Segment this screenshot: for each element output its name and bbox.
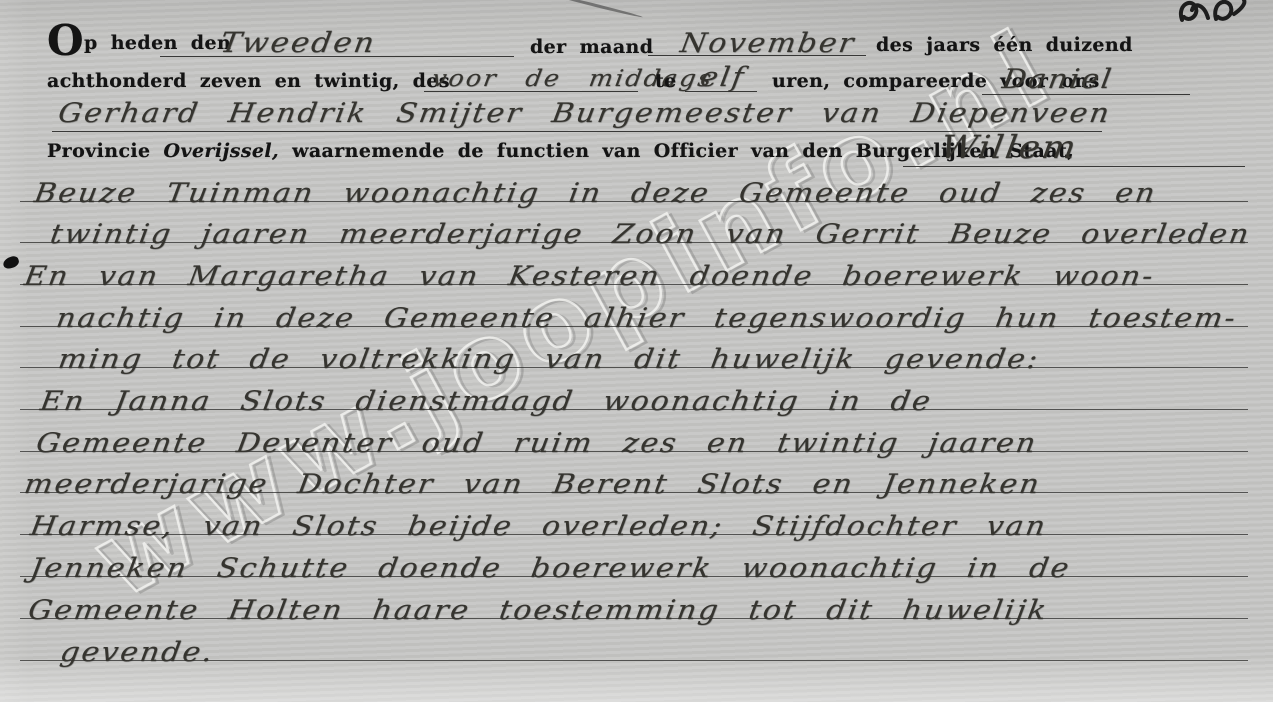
printed-provincie-word: Provincie xyxy=(47,140,151,162)
printed-text-achthonderd: achthonderd zeven en twintig, des xyxy=(47,70,450,92)
record-line: Gemeente Holten haare toestemming tot di… xyxy=(20,577,1248,619)
record-line: meerderjarige Dochter van Berent Slots e… xyxy=(20,451,1248,493)
printed-text-der-maand: der maand xyxy=(530,36,653,58)
record-line: En Janna Slots dienstmaagd woonachtig in… xyxy=(20,368,1248,410)
document-scan: www.joopinfo.nl www.joopinfo.nl Op heden… xyxy=(0,0,1273,702)
handwritten-month: November xyxy=(678,28,837,59)
printed-text-des-jaars: des jaars één duizend xyxy=(876,34,1133,56)
pencil-stroke xyxy=(549,0,643,19)
record-line: ming tot de voltrekking van dit huwelijk… xyxy=(20,326,1248,368)
handwritten-day: Tweeden xyxy=(218,26,359,59)
record-line: Beuze Tuinman woonachtig in deze Gemeent… xyxy=(20,160,1248,202)
corner-ink-mark xyxy=(1174,0,1266,28)
record-line: Jenneken Schutte doende boerewerk woonac… xyxy=(20,535,1248,577)
handwritten-officiant-firstname: Daniel xyxy=(1000,64,1100,95)
printed-overijssel-word: Overijssel, xyxy=(164,140,280,162)
record-line: Harmse, van Slots beijde overleden; Stij… xyxy=(20,493,1248,535)
record-line: gevende. xyxy=(20,619,1248,661)
printed-text-provincie: Provincie Overijssel, waarnemende de fun… xyxy=(47,140,1074,162)
handwritten-hour: elf xyxy=(698,62,739,93)
record-line: twintig jaaren meerderjarige Zoon van Ge… xyxy=(20,201,1248,243)
handwritten-line: gevende. xyxy=(58,637,198,668)
printed-text-te: te xyxy=(655,70,677,92)
record-line: En van Margaretha van Kesteren doende bo… xyxy=(20,243,1248,285)
printed-text-op-heden-den: Op heden den xyxy=(47,32,231,54)
record-line: Gemeente Deventer oud ruim zes en twinti… xyxy=(20,410,1248,452)
handwritten-time-of-day: voor de middags xyxy=(430,66,686,92)
handwritten-officiant-title: Gerhard Hendrik Smijter Burgemeester van… xyxy=(56,98,1013,129)
margin-ink-blot xyxy=(2,255,21,270)
record-line: nachtig in deze Gemeente alhier tegenswo… xyxy=(20,285,1248,327)
